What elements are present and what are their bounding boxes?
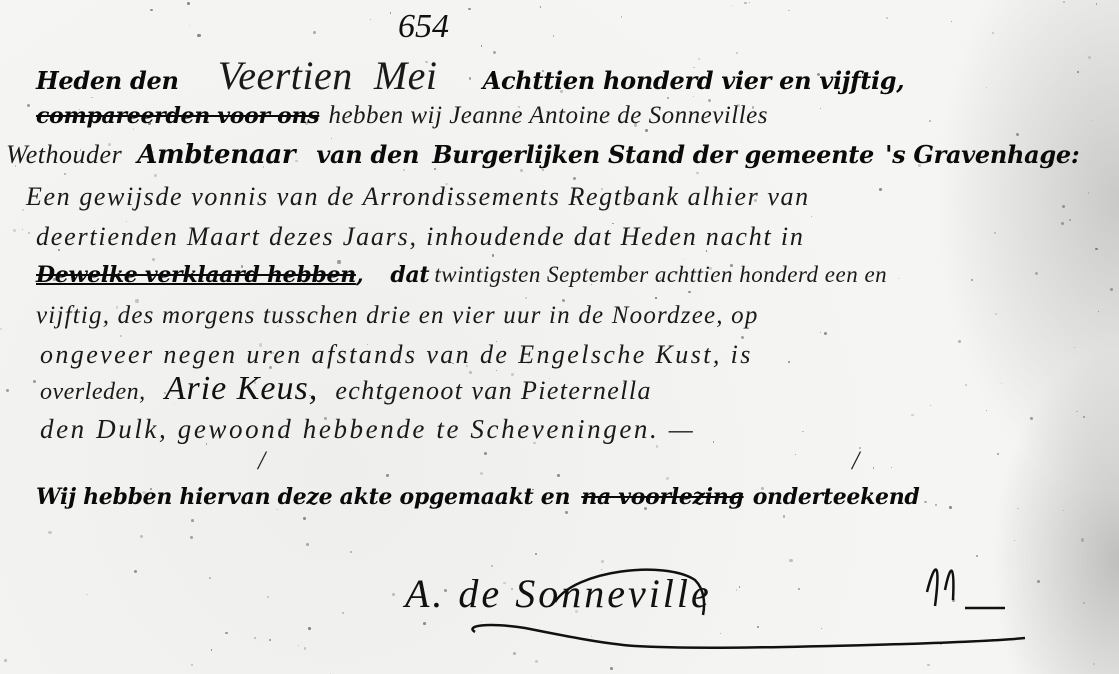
paper-speck	[873, 467, 875, 469]
paper-speck	[33, 380, 36, 383]
paper-speck	[1095, 248, 1098, 251]
paper-speck	[1063, 1, 1065, 3]
line-7: vijftig, des morgens tusschen drie en vi…	[36, 302, 759, 330]
paper-speck	[1014, 540, 1015, 541]
paper-speck	[28, 232, 30, 234]
paper-speck	[6, 389, 9, 392]
handwritten-month: Mei	[374, 53, 438, 98]
printed-municipality: 's Gravenhage:	[885, 140, 1079, 169]
paper-speck	[1030, 417, 1033, 420]
scanned-document-page: 654 Heden den Veertien Mei Achttien hond…	[0, 0, 1119, 674]
paper-speck	[1037, 580, 1040, 583]
line-8: ongeveer negen uren afstands van de Enge…	[40, 340, 753, 370]
paper-speck	[1093, 663, 1095, 665]
line-6: Dewelke verklaard hebben, dat twintigste…	[36, 262, 887, 288]
handwritten-text: ongeveer negen uren afstands van de Enge…	[40, 340, 753, 369]
paper-speck	[958, 340, 961, 343]
pen-stroke-mark: /	[258, 446, 265, 476]
line-3: Wethouder Ambtenaar van den Burgerlijken…	[6, 140, 1079, 170]
paper-speck	[976, 555, 978, 557]
paper-speck	[1001, 383, 1002, 384]
printed-text: dat	[390, 262, 429, 288]
handwritten-text: Een gewijsde vonnis van de Arrondissemen…	[26, 182, 810, 211]
paper-speck	[492, 254, 494, 256]
pen-stroke-mark: /	[852, 446, 859, 476]
paper-speck	[191, 519, 194, 522]
paper-speck	[150, 9, 153, 12]
paper-speck	[713, 441, 714, 442]
line-10: den Dulk, gewoond hebbende te Schevening…	[40, 414, 695, 445]
paper-speck	[197, 34, 200, 37]
paper-speck	[924, 501, 926, 503]
paper-speck	[992, 32, 995, 35]
paper-speck	[1096, 3, 1097, 4]
paper-speck	[1061, 222, 1064, 225]
paper-speck	[927, 664, 930, 667]
paper-speck	[995, 313, 997, 315]
handwritten-official-name: hebben wij Jeanne Antoine de Sonnevilles	[328, 102, 768, 129]
paper-speck	[986, 410, 987, 411]
struck-printed-text: na voorlezing	[581, 484, 743, 510]
paper-speck	[535, 660, 538, 663]
paper-speck	[370, 19, 371, 20]
paper-speck	[27, 104, 30, 107]
paper-speck	[788, 10, 789, 11]
paper-speck	[1063, 510, 1064, 511]
paper-speck	[86, 594, 87, 595]
paper-speck	[898, 278, 899, 279]
paper-speck	[298, 645, 299, 646]
handwritten-day: Veertien	[218, 53, 353, 98]
paper-speck	[209, 577, 211, 579]
handwritten-text: den Dulk, gewoond hebbende te Schevening…	[40, 414, 695, 444]
paper-speck	[484, 452, 487, 455]
paper-speck	[891, 467, 892, 468]
paper-speck	[64, 173, 66, 175]
paper-speck	[350, 551, 352, 553]
paper-speck	[795, 454, 796, 455]
paper-speck	[820, 108, 821, 109]
paper-speck	[468, 8, 470, 10]
printed-comma: ,	[356, 262, 363, 288]
paper-speck	[1016, 133, 1019, 136]
paper-speck	[929, 120, 931, 122]
handwritten-text: deertienden Maart dezes Jaars, inhoudend…	[36, 222, 805, 251]
paper-speck	[1017, 508, 1018, 509]
paper-speck	[269, 639, 271, 641]
paper-speck	[1069, 219, 1071, 221]
paper-speck	[911, 414, 913, 416]
line-2: compareerden voor ons hebben wij Jeanne …	[36, 102, 768, 130]
paper-speck	[313, 31, 316, 34]
paper-speck	[225, 632, 227, 634]
paper-speck	[656, 445, 658, 447]
record-number: 654	[398, 8, 449, 46]
paper-speck	[744, 2, 746, 4]
paper-speck	[187, 2, 190, 5]
line-1: Heden den Veertien Mei Achttien honderd …	[36, 52, 904, 99]
paper-speck	[565, 511, 567, 513]
paper-speck	[4, 659, 7, 662]
paper-speck	[254, 637, 256, 639]
paper-speck	[1074, 347, 1075, 348]
paper-speck	[965, 384, 967, 386]
printed-text: van den	[316, 140, 419, 169]
paper-speck	[986, 87, 987, 88]
paper-speck	[308, 627, 311, 630]
paper-speck	[935, 504, 938, 507]
paper-speck	[1035, 272, 1038, 275]
paper-speck	[783, 515, 785, 517]
paper-speck	[211, 649, 213, 651]
paper-speck	[191, 664, 193, 666]
paper-speck	[22, 209, 25, 212]
printed-text: Wij hebben hiervan deze akte opgemaakt e…	[36, 484, 570, 510]
line-9: overleden, Arie Keus, echtgenoot van Pie…	[40, 370, 652, 408]
handwritten-title: Wethouder	[6, 140, 122, 169]
paper-speck	[22, 229, 23, 230]
paper-speck	[655, 297, 656, 298]
paper-speck	[1062, 205, 1065, 208]
printed-text: Ambtenaar	[137, 140, 295, 170]
paper-speck	[820, 332, 822, 334]
paper-speck	[553, 35, 555, 37]
paper-speck	[390, 12, 392, 14]
paper-speck	[1083, 416, 1085, 418]
paper-speck	[557, 474, 560, 477]
paper-speck	[386, 474, 388, 476]
paper-speck	[886, 17, 888, 19]
paper-speck	[971, 279, 973, 281]
paper-speck	[696, 172, 698, 174]
paper-speck	[802, 431, 804, 433]
paper-speck	[859, 447, 861, 449]
paper-speck	[621, 16, 623, 18]
paper-speck	[13, 229, 16, 232]
paper-speck	[0, 328, 2, 330]
paper-speck	[573, 177, 576, 180]
paper-speck	[540, 6, 541, 7]
paper-speck	[154, 174, 157, 177]
paper-speck	[1076, 411, 1078, 413]
paper-speck	[1088, 56, 1091, 59]
paper-speck	[683, 259, 684, 260]
line-4: Een gewijsde vonnis van de Arrondissemen…	[26, 182, 810, 212]
handwritten-date: twintigsten September achttien honderd e…	[434, 262, 887, 287]
paper-speck	[741, 336, 744, 339]
printed-year: Achttien honderd vier en vijftig,	[483, 66, 905, 95]
paper-speck	[1077, 71, 1079, 73]
paper-speck	[997, 453, 999, 455]
paper-speck	[392, 593, 395, 596]
paper-speck	[306, 543, 309, 546]
paper-speck	[1110, 288, 1113, 291]
struck-printed-text: Dewelke verklaard hebben	[36, 262, 356, 288]
line-11: Wij hebben hiervan deze akte opgemaakt e…	[36, 484, 920, 510]
paper-speck	[666, 477, 668, 479]
paper-speck	[749, 2, 751, 4]
paper-speck	[788, 361, 789, 362]
paper-speck	[140, 535, 143, 538]
paper-speck	[304, 647, 306, 649]
paper-speck	[342, 612, 344, 614]
paper-speck	[535, 553, 537, 555]
paper-speck	[525, 297, 527, 299]
paper-speck	[951, 21, 952, 22]
paper-speck	[48, 531, 51, 534]
paper-speck	[1081, 538, 1084, 541]
paper-speck	[879, 188, 882, 191]
paper-speck	[152, 258, 155, 261]
paper-speck	[267, 596, 269, 598]
line-5: deertienden Maart dezes Jaars, inhoudend…	[36, 222, 805, 252]
struck-printed-text: compareerden voor ons	[36, 103, 319, 129]
official-signature: A. de Sonneville	[405, 560, 1025, 660]
paper-speck	[930, 405, 931, 406]
paper-speck	[481, 45, 482, 46]
paper-speck	[120, 335, 122, 337]
handwritten-text: vijftig, des morgens tusschen drie en vi…	[36, 302, 759, 329]
signature-text: A. de Sonneville	[405, 570, 712, 617]
paper-speck	[303, 517, 306, 520]
deceased-name: Arie Keus,	[165, 370, 319, 407]
paper-speck	[134, 570, 137, 573]
paper-speck	[732, 5, 733, 6]
handwritten-text: overleden,	[40, 379, 146, 405]
printed-text: onderteekend	[753, 484, 920, 510]
paper-speck	[949, 506, 951, 508]
paper-speck	[190, 536, 192, 538]
paper-speck	[1088, 192, 1089, 193]
paper-speck	[994, 232, 996, 234]
paper-speck	[811, 216, 812, 217]
paper-speck	[1098, 311, 1099, 312]
printed-text: Heden den	[36, 66, 179, 95]
paper-speck	[189, 25, 190, 26]
paper-speck	[480, 472, 483, 475]
paper-speck	[1083, 602, 1085, 604]
handwritten-spouse: echtgenoot van Pieternella	[335, 376, 652, 405]
paper-speck	[824, 332, 827, 335]
paper-speck	[1091, 120, 1092, 121]
printed-text: Burgerlijken Stand der gemeente	[432, 140, 874, 169]
paper-speck	[610, 667, 613, 670]
paper-speck	[688, 291, 690, 293]
